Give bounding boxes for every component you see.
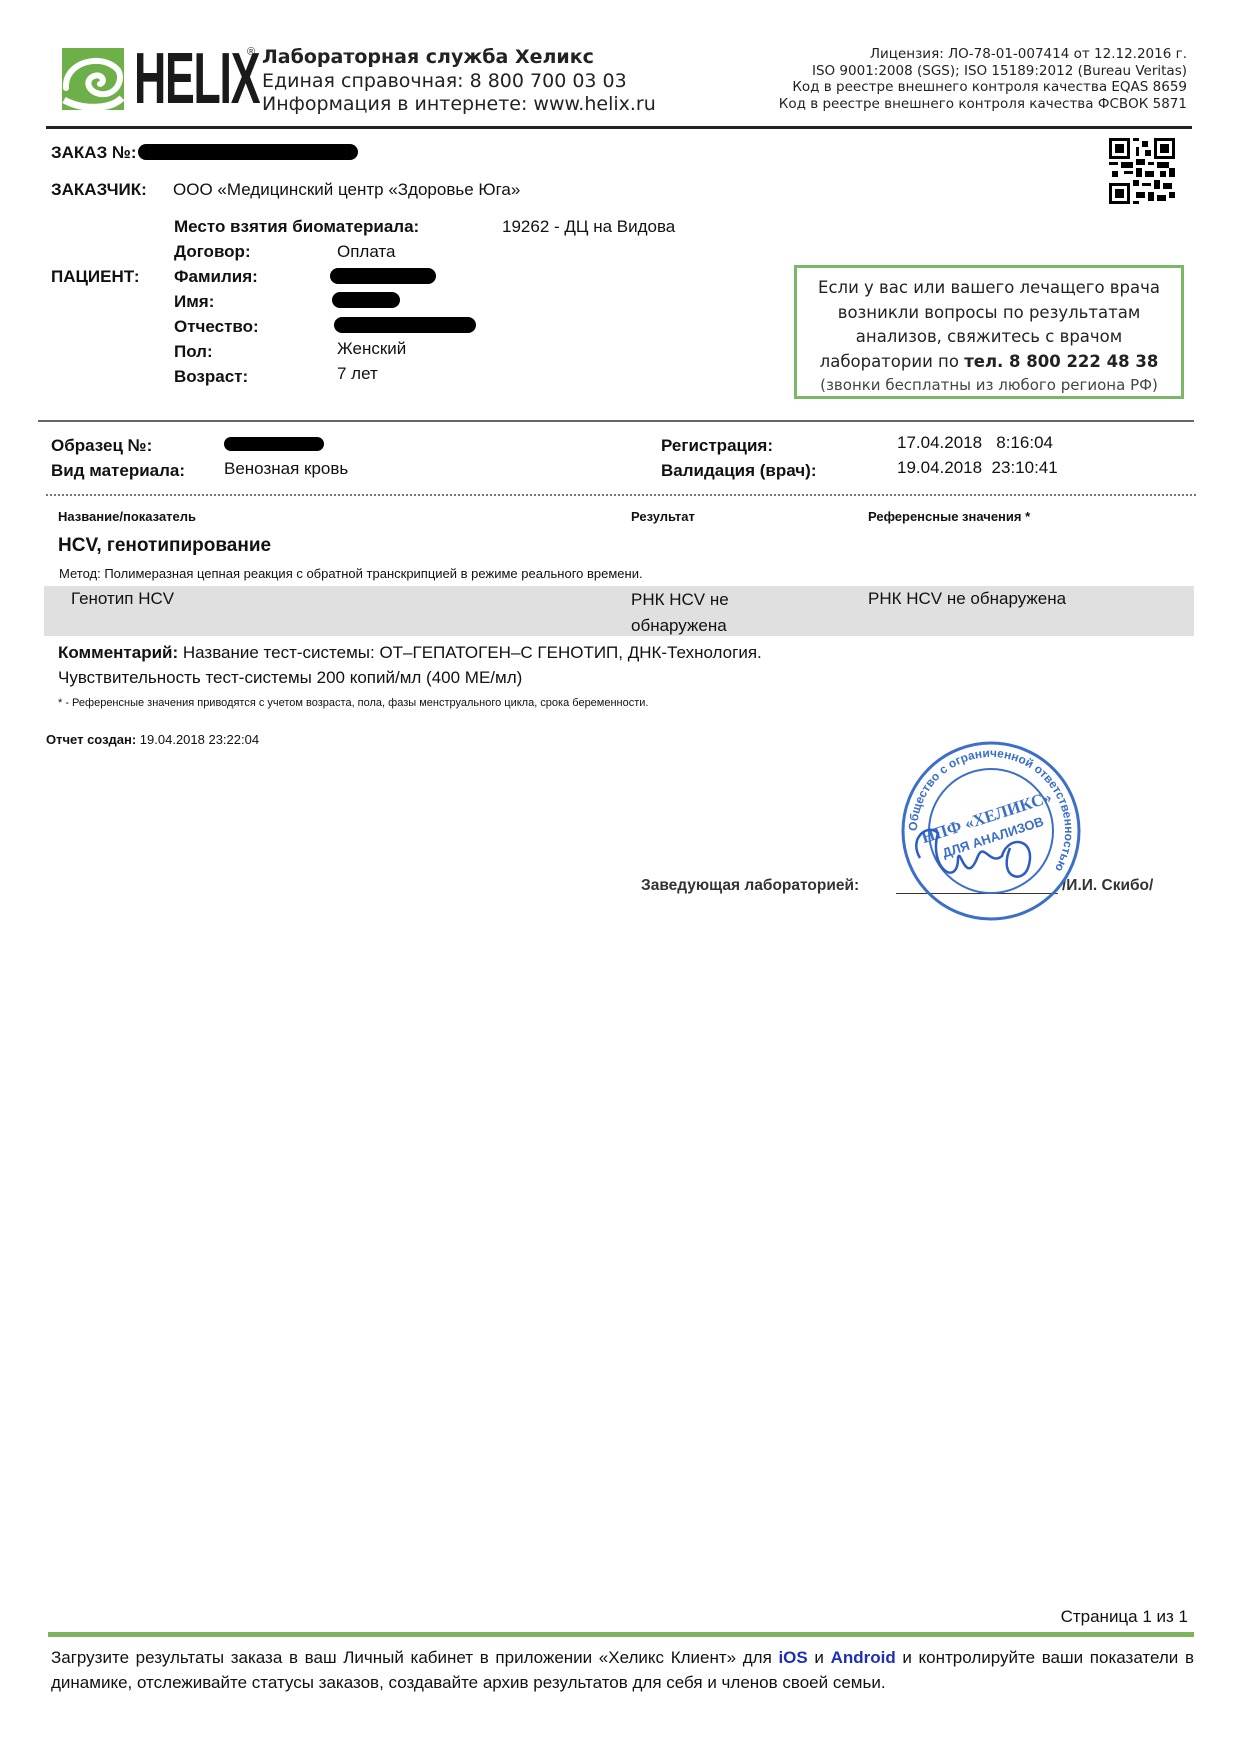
- comment-text: Название тест-системы: ОТ–ГЕПАТОГЕН–С ГЕ…: [178, 643, 762, 662]
- result-value-line: обнаружена: [631, 613, 729, 639]
- material-value: Венозная кровь: [224, 459, 348, 479]
- age-value: 7 лет: [337, 364, 378, 384]
- lab-phone: Единая справочная: 8 800 700 03 03: [262, 69, 627, 93]
- license-line: Лицензия: ЛО-78-01-007414 от 12.12.2016 …: [779, 46, 1187, 63]
- patronymic-label: Отчество:: [174, 317, 259, 337]
- license-info: Лицензия: ЛО-78-01-007414 от 12.12.2016 …: [779, 46, 1187, 112]
- age-label: Возраст:: [174, 367, 248, 387]
- footer-app-promo: Загрузите результаты заказа в ваш Личный…: [51, 1645, 1194, 1695]
- result-value-line: РНК HCV не: [631, 587, 729, 613]
- stamp-icon: Общество с ограниченной ответственностью…: [898, 738, 1084, 924]
- android-link[interactable]: Android: [831, 1648, 896, 1667]
- report-created-value: 19.04.2018 23:22:04: [136, 732, 259, 747]
- footer-text: и: [808, 1648, 831, 1667]
- patronymic-redacted: [334, 317, 476, 333]
- help-text-line: лаборатории по: [820, 352, 965, 371]
- registered-mark: ®: [247, 46, 255, 58]
- ios-link[interactable]: iOS: [778, 1648, 807, 1667]
- first-name-label: Имя:: [174, 292, 214, 312]
- footer-divider: [48, 1632, 1194, 1637]
- header-divider: [46, 126, 1192, 129]
- comment-label: Комментарий:: [58, 643, 178, 662]
- help-contact-box: Если у вас или вашего лечащего врача воз…: [794, 265, 1184, 399]
- validation-value: 19.04.2018 23:10:41: [897, 458, 1058, 478]
- contract-label: Договор:: [174, 242, 251, 262]
- footnote: * - Референсные значения приводятся с уч…: [58, 697, 649, 709]
- material-label: Вид материала:: [51, 461, 185, 481]
- iso-line: ISO 9001:2008 (SGS); ISO 15189:2012 (Bur…: [779, 63, 1187, 80]
- contract-value: Оплата: [337, 242, 395, 262]
- report-created: Отчет создан: 19.04.2018 23:22:04: [46, 732, 259, 747]
- footer-text: Загрузите результаты заказа в ваш Личный…: [51, 1648, 778, 1667]
- qr-code-icon: [1109, 138, 1175, 204]
- test-title: HCV, генотипирование: [58, 535, 271, 557]
- col-header-result: Результат: [631, 509, 695, 524]
- helix-logo-text: HELIX: [134, 42, 259, 116]
- surname-label: Фамилия:: [174, 267, 258, 287]
- sample-number-redacted: [224, 437, 324, 451]
- sample-divider: [38, 420, 1194, 422]
- table-row: Генотип HCV РНК HCV не обнаружена РНК HC…: [44, 586, 1194, 636]
- comment-text: Чувствительность тест-системы 200 копий/…: [58, 665, 762, 690]
- page-number: Страница 1 из 1: [1061, 1607, 1188, 1627]
- validation-label: Валидация (врач):: [661, 461, 817, 481]
- sex-label: Пол:: [174, 342, 213, 362]
- collection-site-value: 19262 - ДЦ на Видова: [502, 217, 675, 237]
- help-text-line: анализов, свяжитесь с врачом: [797, 325, 1181, 350]
- surname-redacted: [330, 268, 436, 284]
- lab-website: Информация в интернете: www.helix.ru: [262, 92, 656, 116]
- lab-head-label: Заведующая лабораторией:: [641, 877, 859, 895]
- sex-value: Женский: [337, 339, 406, 359]
- result-value: РНК HCV не обнаружена: [631, 587, 729, 639]
- report-created-label: Отчет создан:: [46, 732, 136, 747]
- help-text-line: возникли вопросы по результатам: [797, 301, 1181, 326]
- order-number-label: ЗАКАЗ №:: [51, 143, 137, 163]
- customer-label: ЗАКАЗЧИК:: [51, 180, 147, 200]
- first-name-redacted: [332, 292, 400, 308]
- comment: Комментарий: Название тест-системы: ОТ–Г…: [58, 640, 762, 690]
- registration-label: Регистрация:: [661, 436, 773, 456]
- lab-name: Лабораторная служба Хеликс: [262, 45, 594, 69]
- help-phone: тел. 8 800 222 48 38: [964, 352, 1158, 371]
- collection-site-label: Место взятия биоматериала:: [174, 217, 419, 237]
- dotted-divider: [46, 494, 1196, 496]
- registration-value: 17.04.2018 8:16:04: [897, 433, 1053, 453]
- result-test-name: Генотип HCV: [71, 586, 174, 612]
- test-method: Метод: Полимеразная цепная реакция с обр…: [59, 566, 643, 581]
- patient-section-label: ПАЦИЕНТ:: [51, 267, 140, 287]
- fsvok-line: Код в реестре внешнего контроля качества…: [779, 96, 1187, 113]
- col-header-reference: Референсные значения *: [868, 509, 1030, 524]
- sample-number-label: Образец №:: [51, 436, 152, 456]
- helix-logo-icon: [62, 48, 124, 110]
- help-note: (звонки бесплатны из любого региона РФ): [797, 374, 1181, 396]
- col-header-name: Название/показатель: [58, 509, 196, 524]
- result-reference: РНК HCV не обнаружена: [868, 586, 1066, 612]
- order-number-redacted: [138, 144, 358, 160]
- help-text-line: Если у вас или вашего лечащего врача: [797, 276, 1181, 301]
- eqas-line: Код в реестре внешнего контроля качества…: [779, 79, 1187, 96]
- customer-name: ООО «Медицинский центр «Здоровье Юга»: [173, 180, 520, 200]
